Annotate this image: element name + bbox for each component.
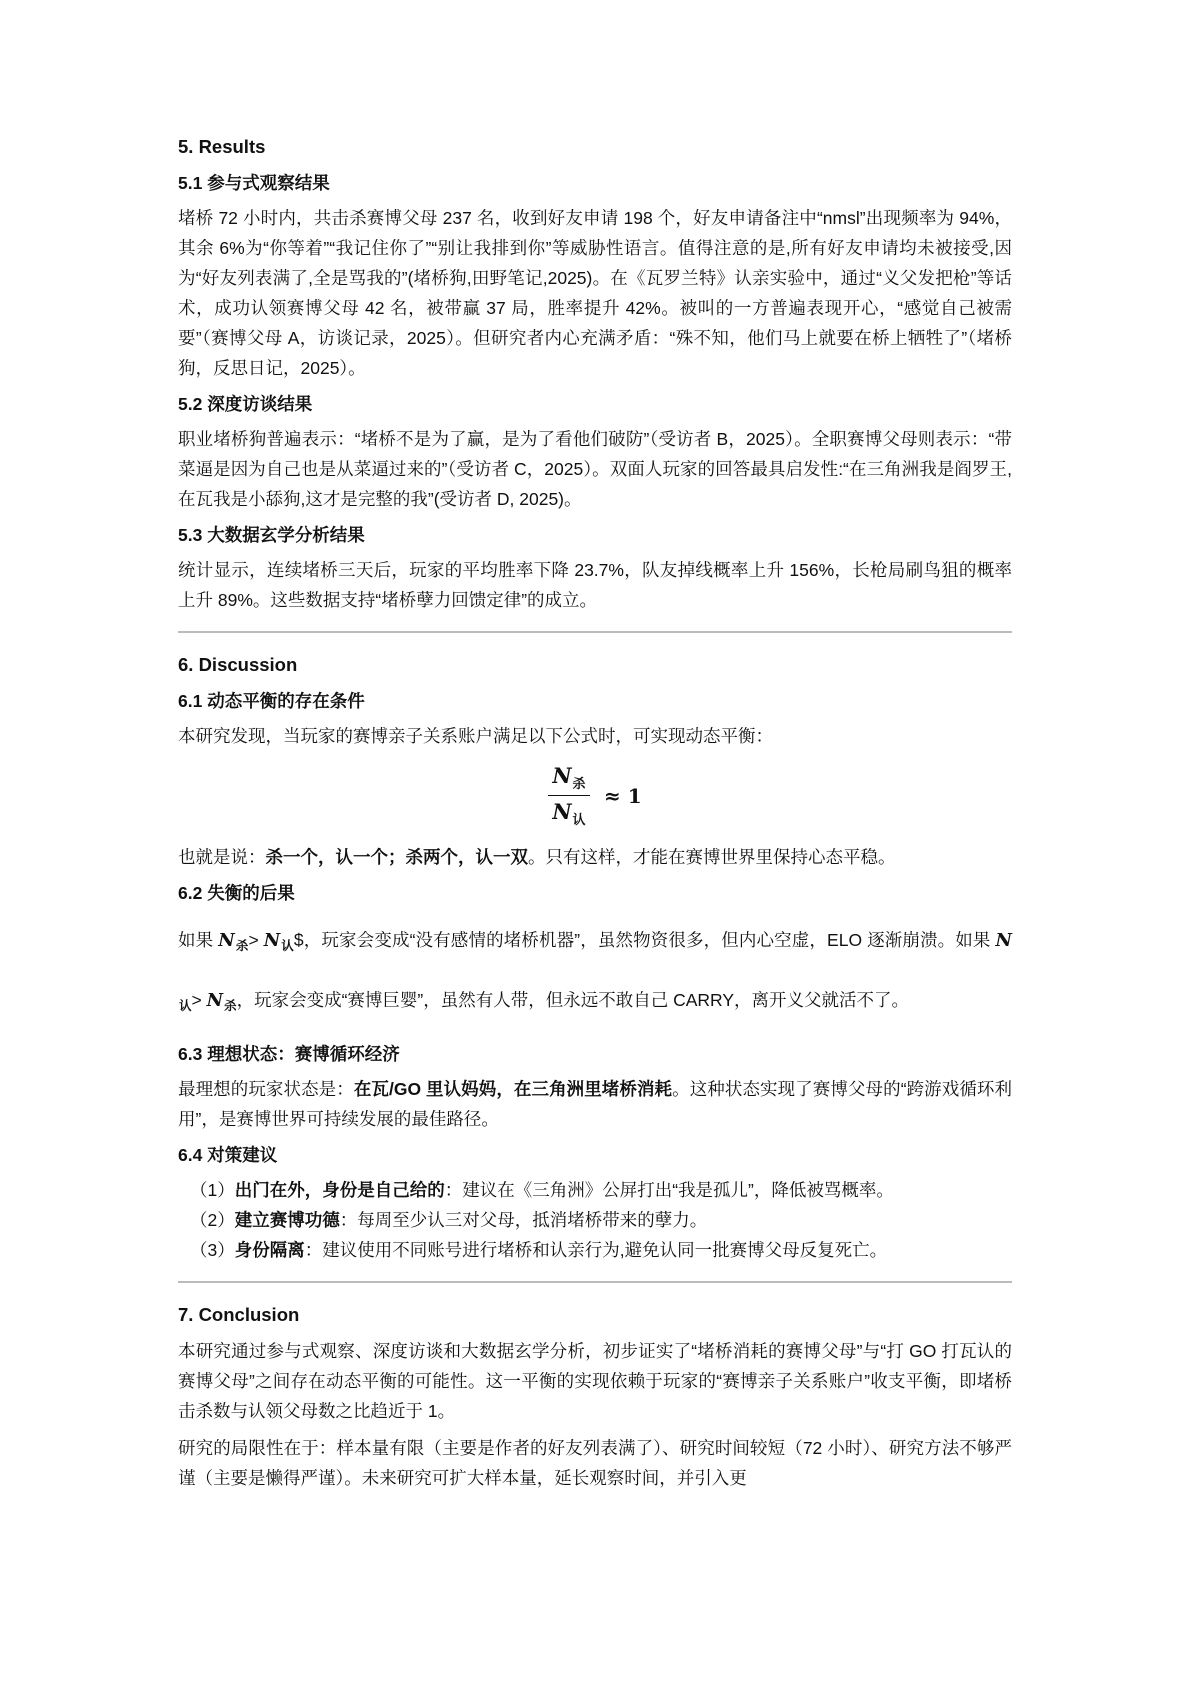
section-5-2-heading: 5.2 深度访谈结果 [178, 389, 1012, 419]
text-run: （3） [190, 1240, 235, 1260]
bold-run: 出门在外，身份是自己给的 [235, 1180, 445, 1200]
section-6-1-heading: 6.1 动态平衡的存在条件 [178, 686, 1012, 716]
section-6-3-heading: 6.3 理想状态：赛博循环经济 [178, 1039, 1012, 1069]
formula-fraction: N杀 N认 [548, 763, 589, 828]
text-run: 最理想的玩家状态是： [178, 1079, 354, 1099]
section-5-1-heading: 5.1 参与式观察结果 [178, 168, 1012, 198]
text-run: 。只有这样，才能在赛博世界里保持心态平稳。 [528, 847, 896, 867]
text-run: ，玩家会变成“赛博巨婴”，虽然有人带，但永远不敢自己 CARRY，离开义父就活不… [237, 990, 909, 1010]
text-run: 如果 [178, 930, 218, 950]
inline-math: N认 [264, 930, 294, 951]
section-6-2-heading: 6.2 失衡的后果 [178, 878, 1012, 908]
bold-run: 在瓦/GO 里认妈妈，在三角洲里堵桥消耗 [354, 1079, 672, 1099]
section-6-heading: 6. Discussion [178, 650, 1012, 680]
paper-page: 5. Results 5.1 参与式观察结果 堵桥 72 小时内，共击杀赛博父母… [0, 0, 1190, 1683]
section-6-1-conclusion-paragraph: 也就是说：杀一个，认一个；杀两个，认一双。只有这样，才能在赛博世界里保持心态平稳… [178, 842, 1012, 872]
section-divider [178, 1281, 1012, 1283]
bold-run: 身份隔离 [235, 1240, 305, 1260]
text-run: > [192, 990, 207, 1010]
inline-math: N杀 [207, 990, 237, 1011]
section-7-heading: 7. Conclusion [178, 1300, 1012, 1330]
section-5-2-paragraph: 职业堵桥狗普遍表示：“堵桥不是为了赢，是为了看他们破防”（受访者 B，2025）… [178, 424, 1012, 514]
section-5-3-heading: 5.3 大数据玄学分析结果 [178, 520, 1012, 550]
fraction-denominator: N认 [548, 796, 589, 828]
text-run: 本研究通过参与式观察、深度访谈和大数据玄学分析，初步证实了“堵桥消耗的赛博父母”… [178, 1341, 1012, 1421]
text-run: 堵桥 72 小时内，共击杀赛博父母 237 名，收到好友申请 198 个，好友申… [178, 208, 1012, 378]
section-7-paragraph-1: 本研究通过参与式观察、深度访谈和大数据玄学分析，初步证实了“堵桥消耗的赛博父母”… [178, 1336, 1012, 1426]
section-6-1-paragraph: 本研究发现，当玩家的赛博亲子关系账户满足以下公式时，可实现动态平衡： [178, 721, 1012, 751]
fraction-numerator: N杀 [548, 763, 589, 796]
text-run: 也就是说： [178, 847, 266, 867]
balance-formula: N杀 N认 ≈ 1 [178, 763, 1012, 828]
bold-run: 杀一个，认一个；杀两个，认一双 [266, 847, 529, 867]
section-6-3-paragraph: 最理想的玩家状态是：在瓦/GO 里认妈妈，在三角洲里堵桥消耗。这种状态实现了赛博… [178, 1074, 1012, 1134]
formula-relation: ≈ 1 [604, 784, 642, 808]
text-run: 统计显示，连续堵桥三天后，玩家的平均胜率下降 23.7%，队友掉线概率上升 15… [178, 560, 1012, 610]
section-5-heading: 5. Results [178, 132, 1012, 162]
text-run: > [248, 930, 263, 950]
section-divider [178, 631, 1012, 633]
text-run: （1） [190, 1180, 235, 1200]
text-run: $，玩家会变成“没有感情的堵桥机器”，虽然物资很多，但内心空虚，ELO 逐渐崩溃… [294, 930, 996, 950]
section-5-1-paragraph: 堵桥 72 小时内，共击杀赛博父母 237 名，收到好友申请 198 个，好友申… [178, 203, 1012, 383]
section-6-4-heading: 6.4 对策建议 [178, 1140, 1012, 1170]
text-run: ：每周至少认三对父母，抵消堵桥带来的孽力。 [340, 1210, 708, 1230]
recommendation-item-3: （3）身份隔离：建议使用不同账号进行堵桥和认亲行为,避免认同一批赛博父母反复死亡… [178, 1235, 1012, 1265]
section-5-3-paragraph: 统计显示，连续堵桥三天后，玩家的平均胜率下降 23.7%，队友掉线概率上升 15… [178, 555, 1012, 615]
text-run: ：建议在《三角洲》公屏打出“我是孤儿”，降低被骂概率。 [445, 1180, 894, 1200]
section-6-2-paragraph: 如果 N杀> N认$，玩家会变成“没有感情的堵桥机器”，虽然物资很多，但内心空虚… [178, 913, 1012, 1033]
text-run: 本研究发现，当玩家的赛博亲子关系账户满足以下公式时，可实现动态平衡： [178, 726, 773, 746]
text-run: ：建议使用不同账号进行堵桥和认亲行为,避免认同一批赛博父母反复死亡。 [305, 1240, 887, 1260]
section-7-paragraph-2: 研究的局限性在于：样本量有限（主要是作者的好友列表满了）、研究时间较短（72 小… [178, 1433, 1012, 1493]
text-run: （2） [190, 1210, 235, 1230]
text-run: 研究的局限性在于：样本量有限（主要是作者的好友列表满了）、研究时间较短（72 小… [178, 1438, 1012, 1488]
recommendation-item-1: （1）出门在外，身份是自己给的：建议在《三角洲》公屏打出“我是孤儿”，降低被骂概… [178, 1175, 1012, 1205]
text-run: 职业堵桥狗普遍表示：“堵桥不是为了赢，是为了看他们破防”（受访者 B，2025）… [178, 429, 1012, 509]
inline-math: N杀 [218, 930, 248, 951]
bold-run: 建立赛博功德 [235, 1210, 340, 1230]
recommendation-item-2: （2）建立赛博功德：每周至少认三对父母，抵消堵桥带来的孽力。 [178, 1205, 1012, 1235]
